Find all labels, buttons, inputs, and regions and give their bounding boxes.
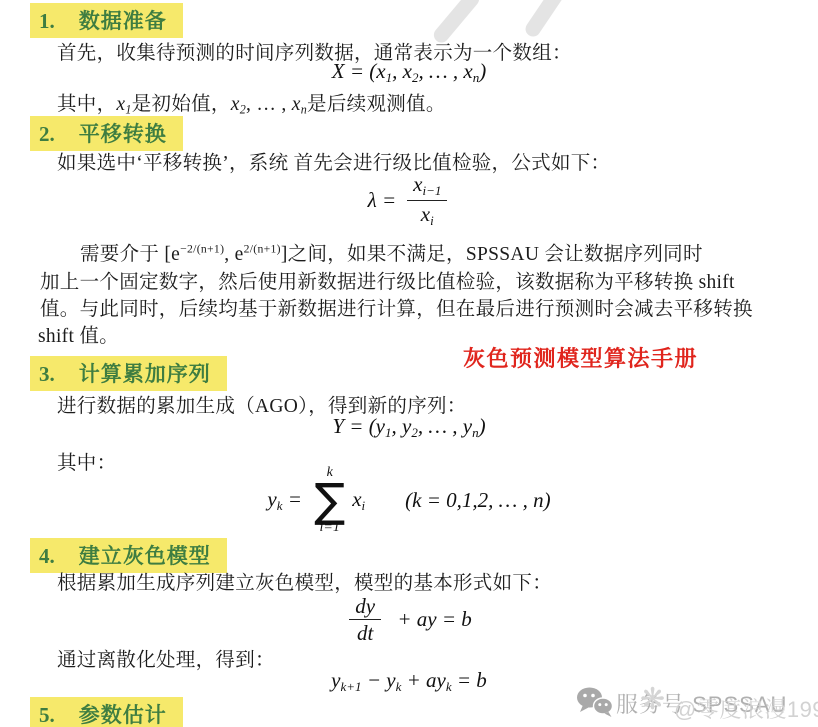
math-token: , … , x xyxy=(418,59,472,83)
math-token: x xyxy=(352,487,361,511)
math-token: ) xyxy=(479,414,486,438)
math-superscript: 2/(n+1) xyxy=(244,243,281,256)
math-token: , x xyxy=(392,59,412,83)
document-page: 1. 数据准备 首先，收集待预测的时间序列数据，通常表示为一个数组： X = (… xyxy=(0,0,818,727)
math-token: ) xyxy=(479,59,486,83)
fraction-denominator: xi xyxy=(421,201,434,229)
section-heading-1: 1. 数据准备 xyxy=(30,3,183,38)
math-token: = b xyxy=(452,668,487,692)
section-number: 5. xyxy=(39,703,55,727)
paragraph-line: 值。与此同时，后续均基于新数据进行计算，但在最后进行预测时会减去平移转换 xyxy=(40,293,753,321)
formula-ode: dy dt + ay = b xyxy=(0,594,818,645)
math-token: X = (x xyxy=(332,59,386,83)
text-token: 需要介于 [e xyxy=(80,244,180,265)
section-number: 1. xyxy=(39,9,55,34)
math-token: y xyxy=(267,487,276,511)
leaf-mark-icon: ❋ xyxy=(640,682,665,717)
math-token: λ = xyxy=(368,188,397,213)
section-heading-5: 5. 参数估计 xyxy=(30,697,183,727)
footer-user-watermark: @零度浪漫1991 xyxy=(674,693,818,724)
section-heading-3: 3. 计算累加序列 xyxy=(30,356,227,391)
text-token: , e xyxy=(224,244,243,265)
math-token: , … , y xyxy=(418,414,472,438)
math-expression: λ = xi−1 xi xyxy=(368,172,451,229)
text-token: 其中， xyxy=(57,94,116,115)
sigma-lower-limit: i=1 xyxy=(320,521,340,535)
text-token: , … , xyxy=(246,94,292,115)
text-line: 如果选中‘平移转换’，系统 首先会进行级比值检验，公式如下： xyxy=(57,147,610,175)
text-token: 是初始值， xyxy=(132,94,231,115)
section-number: 2. xyxy=(39,122,55,147)
math-subscript: i xyxy=(430,213,434,228)
text-token: 是后续观测值。 xyxy=(307,94,446,115)
section-number: 4. xyxy=(39,544,55,569)
formula-x-series: X = (x1, x2, … , xn) xyxy=(0,59,818,86)
math-subscript: k+1 xyxy=(341,679,362,694)
math-expression: yk+1 − yk + ayk = b xyxy=(331,668,487,692)
sigma-icon: ∑ xyxy=(314,480,345,521)
section-title: 计算累加序列 xyxy=(79,358,211,388)
math-expression: Y = (y1, y2, … , yn) xyxy=(332,414,485,438)
section-title: 建立灰色模型 xyxy=(79,540,211,570)
formula-lambda: λ = xi−1 xi xyxy=(0,172,818,229)
math-token: = xyxy=(283,487,308,511)
fraction: dy dt xyxy=(349,594,381,645)
section-number: 3. xyxy=(39,362,55,387)
faint-watermark-stroke xyxy=(523,0,567,39)
math-token: x xyxy=(292,94,301,115)
math-token: Y = (y xyxy=(332,414,385,438)
math-token: + ay xyxy=(401,668,446,692)
section-heading-2: 2. 平移转换 xyxy=(30,116,183,151)
fraction-numerator: dy xyxy=(349,594,381,620)
fraction: xi−1 xi xyxy=(407,172,447,229)
formula-sum: yk = k ∑ i=1 xi (k = 0,1,2, … , n) xyxy=(0,466,818,535)
math-token: x xyxy=(231,94,240,115)
formula-y-series: Y = (y1, y2, … , yn) xyxy=(0,414,818,441)
section-title: 数据准备 xyxy=(79,5,167,35)
math-token-group: xi xyxy=(352,487,365,514)
math-subscript: i xyxy=(362,498,366,513)
math-subscript: i−1 xyxy=(422,183,441,198)
paragraph-line: 需要介于 [e−2/(n+1), e2/(n+1)]之间，如果不满足，SPSSA… xyxy=(80,238,703,266)
paragraph-line: 加上一个固定数字，然后使用新数据进行级比值检验，该数据称为平移转换 shift xyxy=(40,266,735,294)
math-expression: yk = k ∑ i=1 xi (k = 0,1,2, … , n) xyxy=(267,466,550,535)
math-token: y xyxy=(331,668,340,692)
math-token: x xyxy=(421,202,430,226)
paragraph-line: shift 值。 xyxy=(38,320,119,348)
section-title: 参数估计 xyxy=(79,699,167,727)
text-line: 其中，x1是初始值，x2, … , xn是后续观测值。 xyxy=(57,88,446,118)
fraction-numerator: xi−1 xyxy=(407,172,447,201)
math-token: − y xyxy=(362,668,396,692)
math-token: + ay = b xyxy=(392,607,472,632)
fraction-denominator: dt xyxy=(357,620,373,645)
math-expression: dy dt + ay = b xyxy=(346,594,472,645)
math-superscript: −2/(n+1) xyxy=(180,243,224,256)
math-token-group: yk = xyxy=(267,487,307,514)
wechat-icon xyxy=(576,686,614,718)
math-token: , y xyxy=(392,414,412,438)
section-title: 平移转换 xyxy=(79,118,167,148)
math-condition: (k = 0,1,2, … , n) xyxy=(405,488,550,513)
text-line: 根据累加生成序列建立灰色模型，模型的基本形式如下： xyxy=(57,567,552,595)
text-token: ]之间，如果不满足，SPSSAU 会让数据序列同时 xyxy=(281,244,703,265)
sigma-operator: k ∑ i=1 xyxy=(314,466,345,535)
red-manual-watermark: 灰色预测模型算法手册 xyxy=(463,342,698,373)
math-expression: X = (x1, x2, … , xn) xyxy=(332,59,486,83)
